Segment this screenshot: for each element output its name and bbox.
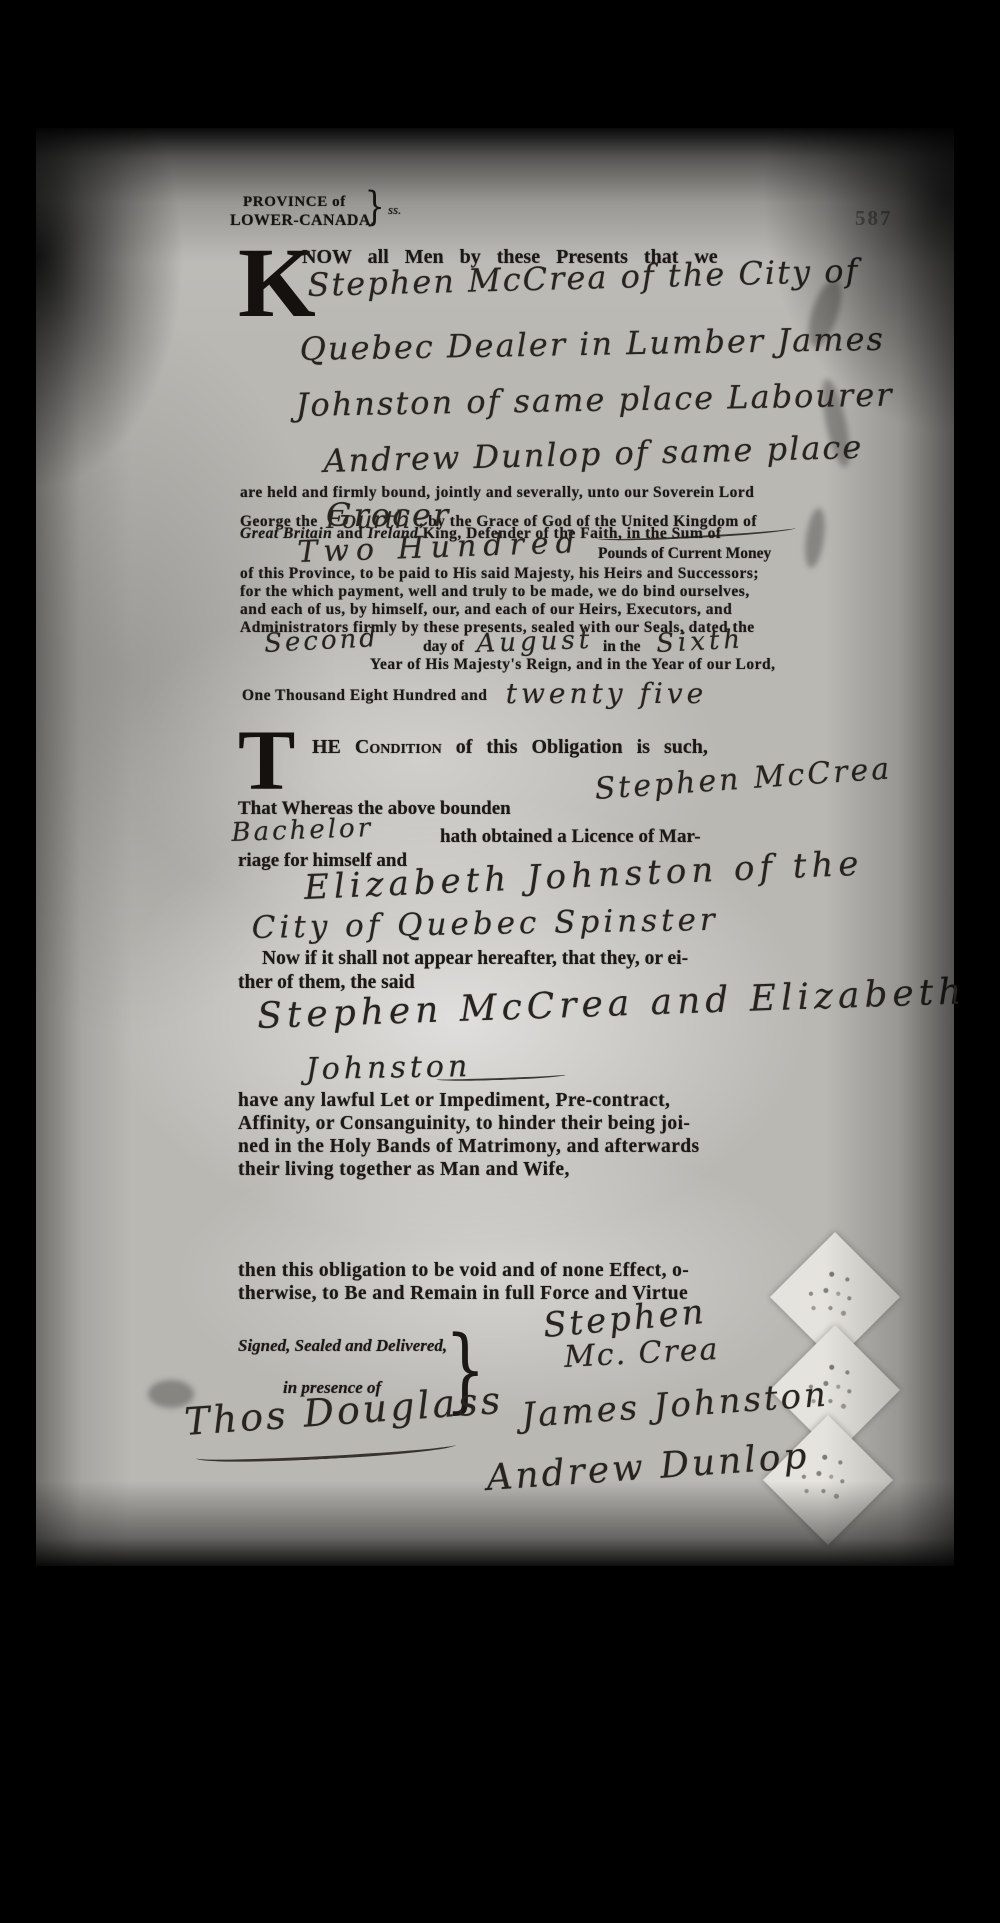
handwritten-party-2: Quebec Dealer in Lumber James <box>299 320 885 368</box>
condition-heading-pre: HE <box>312 736 355 758</box>
bond-line-6: for the which payment, well and truly to… <box>240 583 750 601</box>
bond-line-11-pre: One Thousand Eight Hundred and <box>242 687 487 704</box>
impediment-line-2: Affinity, or Consanguinity, to hinder th… <box>238 1113 690 1135</box>
document-page: PROVINCE of LOWER-CANADA. } ss. 587 K NO… <box>36 128 954 1566</box>
condition-heading: HE Condition of this Obligation is such, <box>312 736 708 759</box>
condition-heading-smallcaps: Condition <box>355 736 442 758</box>
handwritten-party-4: Andrew Dunlop of same place <box>323 428 864 480</box>
ss-brace: } <box>365 184 385 230</box>
bachelor-handwritten: Bachelor <box>231 813 374 848</box>
bond-line-11: One Thousand Eight Hundred and twenty fi… <box>242 674 707 707</box>
dropcap-T: T <box>238 728 295 793</box>
impediment-line-4: their living together as Man and Wife, <box>238 1159 570 1181</box>
attestation-line-1: Signed, Sealed and Delivered, <box>238 1336 447 1356</box>
bond-line-1: are held and firmly bound, jointly and s… <box>240 484 754 502</box>
regnal-year-handwritten: Sixth <box>655 624 744 659</box>
in-the-label: in the <box>603 638 640 656</box>
day-of-label: day of <box>423 638 464 656</box>
impediment-line-3: ned in the Holy Bands of Matrimony, and … <box>238 1136 699 1158</box>
year-handwritten: twenty five <box>506 677 708 710</box>
impediment-line-1: have any lawful Let or Impediment, Pre-c… <box>238 1090 670 1112</box>
handwritten-party-3: Johnston of same place Labourer <box>295 376 893 424</box>
signature-james-johnston: James Johnston <box>520 1375 830 1436</box>
ss-mark: ss. <box>388 202 401 218</box>
signature-mccrea: Mc. Crea <box>563 1332 720 1375</box>
month-handwritten: August <box>476 625 594 659</box>
licence-line: hath obtained a Licence of Mar- <box>440 826 701 848</box>
closing-line-1: then this obligation to be void and of n… <box>238 1260 689 1282</box>
bride-handwritten-2: City of Quebec Spinster <box>251 902 719 946</box>
bond-line-7: and each of us, by himself, our, and eac… <box>240 601 732 619</box>
wafer-seal <box>763 1415 893 1545</box>
signature-flourish <box>196 1437 456 1466</box>
bounden-name-handwritten: Stephen McCrea <box>594 751 894 807</box>
province-line1: PROVINCE of <box>243 194 346 211</box>
day-handwritten: Second <box>263 623 379 659</box>
handwritten-party-5: Grocer <box>326 496 450 534</box>
ink-smudge <box>802 507 828 569</box>
page-number-stamp: 587 <box>855 206 893 231</box>
now-line-1: Now if it shall not appear hereafter, th… <box>262 948 688 970</box>
microfilm-scan-background: PROVINCE of LOWER-CANADA. } ss. 587 K NO… <box>0 0 1000 1923</box>
signature-andrew-dunlop: Andrew Dunlop <box>485 1436 811 1499</box>
bond-line-4-post: Pounds of Current Money <box>598 545 771 563</box>
said-parties-handwritten-2: Johnston <box>305 1049 471 1087</box>
bond-line-10: Year of His Majesty's Reign, and in the … <box>370 656 776 674</box>
condition-heading-post: of this Obligation is such, <box>442 736 708 758</box>
bond-line-5: of this Province, to be paid to His said… <box>240 565 759 583</box>
